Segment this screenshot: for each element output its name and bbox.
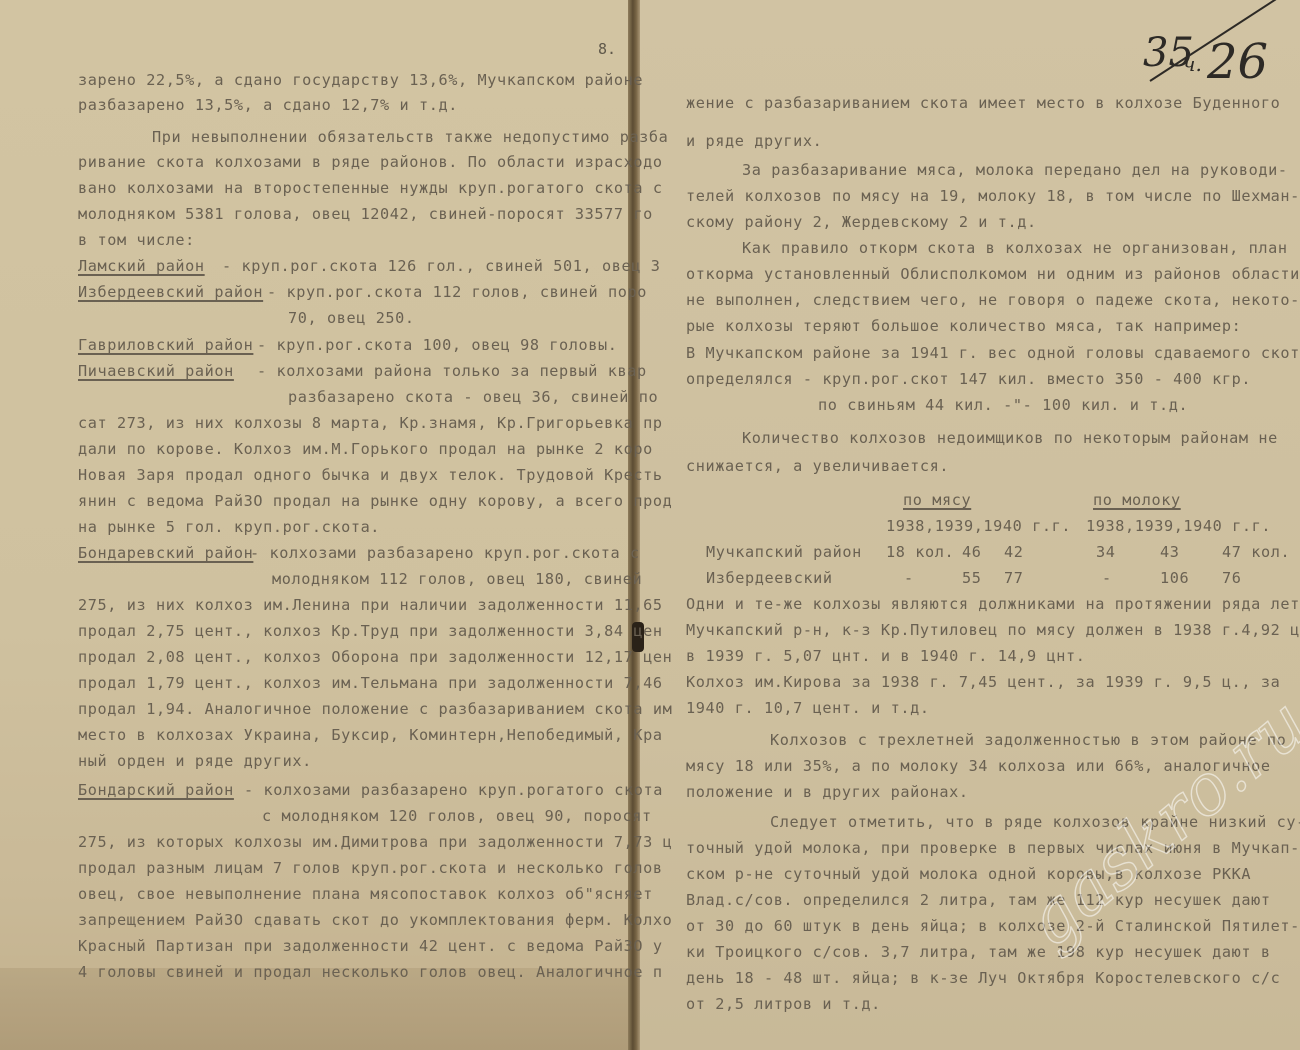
text-line: 275, из них колхоз им.Ленина при наличии… (78, 595, 663, 615)
text-line: 275, из которых колхозы им.Димитрова при… (78, 832, 672, 852)
folio-new-number: 26 (1207, 34, 1268, 90)
table-cell-milk: 76 (1222, 568, 1242, 588)
district-detail: - колхозами разбазарено круп.рогатого ск… (244, 780, 663, 800)
text-line: овец, свое невыполнение плана мясопостав… (78, 884, 653, 904)
text-line: вано колхозами на второстепенные нужды к… (78, 178, 663, 198)
text-line: янин с ведома РайЗО продал на рынке одну… (78, 491, 672, 511)
text-line: и ряде других. (686, 131, 822, 151)
text-line: положение и в других районах. (686, 782, 969, 802)
text-line: телей колхозов по мясу на 19, молоку 18,… (686, 186, 1300, 206)
table-cell-milk: - (1102, 568, 1112, 588)
text-line: Одни и те-же колхозы являются должниками… (686, 594, 1300, 614)
table-cell-meat: 55 (962, 568, 982, 588)
district-detail: 70, овец 250. (288, 308, 415, 328)
text-line: в том числе: (78, 230, 195, 250)
text-line: разбазарено 13,5%, а сдано 12,7% и т.д. (78, 95, 458, 115)
table-cell-milk: 34 (1096, 542, 1116, 562)
text-line: ный орден и ряде других. (78, 751, 312, 771)
district-name: Ламский район (78, 256, 205, 276)
text-line: не выполнен, следствием чего, не говоря … (686, 290, 1300, 310)
text-line: место в колхозах Украина, Буксир, Коминт… (78, 725, 663, 745)
table-cell-meat: 46 (962, 542, 982, 562)
text-line: запрещением РайЗО сдавать скот до укомпл… (78, 910, 672, 930)
text-line: Красный Партизан при задолженности 42 це… (78, 936, 663, 956)
text-line: с молодняком 120 голов, овец 90, поросят (262, 806, 652, 826)
text-line: дали по корове. Колхоз им.М.Горького про… (78, 439, 653, 459)
district-name: Пичаевский район (78, 361, 234, 381)
table-year-header: 1938,1939,1940 г.г. (1086, 516, 1271, 536)
text-line: Новая Заря продал одного бычка и двух те… (78, 465, 663, 485)
text-line: ки Троицкого с/сов. 3,7 литра, там же 19… (686, 942, 1271, 962)
district-detail: - колхозами разбазарено круп.рог.скота с (250, 543, 640, 563)
text-line: продал 2,75 цент., колхоз Кр.Труд при за… (78, 621, 663, 641)
text-line: Влад.с/сов. определился 2 литра, там же … (686, 890, 1271, 910)
text-line: 1940 г. 10,7 цент. и т.д. (686, 698, 930, 718)
district-detail: разбазарено скота - овец 36, свиней по (288, 387, 658, 407)
text-line: ривание скота колхозами в ряде районов. … (78, 152, 663, 172)
district-name: Избердеевский район (78, 282, 263, 302)
text-line: продал 1,94. Аналогичное положение с раз… (78, 699, 672, 719)
text-line: зарено 22,5%, а сдано государству 13,6%,… (78, 70, 643, 90)
district-detail: - круп.рог.скота 112 голов, свиней поро (267, 282, 647, 302)
district-name: Гавриловский район (78, 335, 253, 355)
table-group-header: по молоку (1093, 490, 1181, 510)
table-cell-meat: 77 (1004, 568, 1024, 588)
text-line: продал 1,79 цент., колхоз им.Тельмана пр… (78, 673, 663, 693)
text-line: снижается, а увеличивается. (686, 456, 949, 476)
district-detail: - колхозами района только за первый квар (257, 361, 647, 381)
text-line: Как правило откорм скота в колхозах не о… (742, 238, 1288, 258)
text-line: на рынке 5 гол. круп.рог.скота. (78, 517, 380, 537)
text-line: определялся - круп.рог.скот 147 кил. вме… (686, 369, 1251, 389)
table-cell-milk: 43 (1160, 542, 1180, 562)
page-marker: 8. (598, 40, 616, 58)
text-line: сат 273, из них колхозы 8 марта, Кр.знам… (78, 413, 663, 433)
text-line: Мучкапский р-н, к-з Кр.Путиловец по мясу… (686, 620, 1300, 640)
table-row-district: Мучкапский район (706, 542, 862, 562)
text-line: продал разным лицам 7 голов круп.рог.ско… (78, 858, 663, 878)
district-name: Бондаревский район (78, 543, 253, 563)
text-line: жение с разбазариванием скота имеет мест… (686, 93, 1280, 113)
text-line: 4 головы свиней и продал несколько голов… (78, 962, 663, 982)
text-line: В Мучкапском районе за 1941 г. вес одной… (686, 343, 1300, 363)
text-line: молодняком 5381 голова, овец 12042, свин… (78, 204, 653, 224)
table-cell-meat: 42 (1004, 542, 1024, 562)
district-detail: - круп.рог.скота 100, овец 98 головы. (257, 335, 618, 355)
text-line: При невыполнении обязательств также недо… (152, 127, 668, 147)
text-line: от 30 до 60 штук в день яйца; в колхозе … (686, 916, 1300, 936)
text-line: скому району 2, Жердевскому 2 и т.д. (686, 212, 1037, 232)
table-row-district: Избердеевский (706, 568, 833, 588)
table-cell-meat: 18 кол. (886, 542, 954, 562)
table-group-header: по мясу (903, 490, 971, 510)
text-line: рые колхозы теряют большое количество мя… (686, 316, 1241, 336)
text-line: За разбазаривание мяса, молока передано … (742, 160, 1288, 180)
text-line: от 2,5 литров и т.д. (686, 994, 881, 1014)
table-year-header: 1938,1939,1940 г.г. (886, 516, 1071, 536)
table-cell-milk: 106 (1160, 568, 1189, 588)
text-line: по свиньям 44 кил. -"- 100 кил. и т.д. (818, 395, 1188, 415)
text-line: продал 2,08 цент., колхоз Оборона при за… (78, 647, 672, 667)
text-line: Колхоз им.Кирова за 1938 г. 7,45 цент., … (686, 672, 1280, 692)
text-line: откорма установленный Облисполкомом ни о… (686, 264, 1300, 284)
text-line: в 1939 г. 5,07 цнт. и в 1940 г. 14,9 цнт… (686, 646, 1086, 666)
table-cell-milk: 47 кол. (1222, 542, 1290, 562)
text-line: молодняком 112 голов, овец 180, свиней (272, 569, 642, 589)
text-line: Количество колхозов недоимщиков по некот… (742, 428, 1278, 448)
text-line: день 18 - 48 шт. яйца; в к-зе Луч Октябр… (686, 968, 1280, 988)
district-name: Бондарский район (78, 780, 234, 800)
district-detail: - круп.рог.скота 126 гол., свиней 501, о… (222, 256, 660, 276)
table-cell-meat: - (904, 568, 914, 588)
